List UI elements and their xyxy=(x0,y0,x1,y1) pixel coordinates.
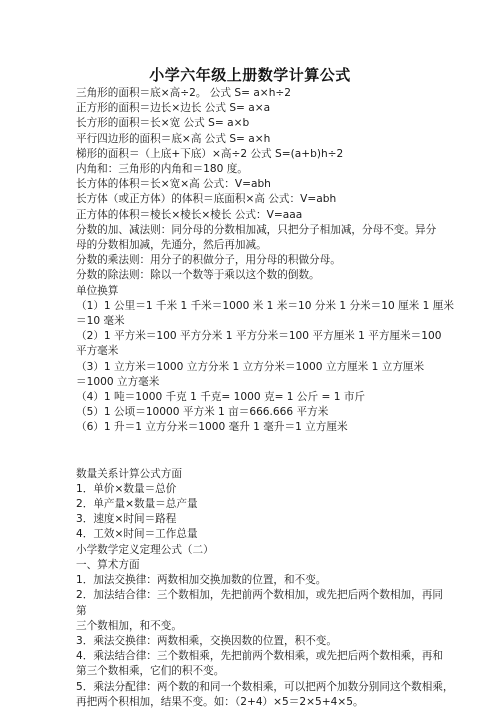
relation-distance: 3．速度×时间＝路程 xyxy=(76,512,471,527)
document-title: 小学六年级上册数学计算公式 xyxy=(0,64,500,85)
rule-fraction-multiply: 分数的乘法则：用分子的积做分子，用分母的积做分母。 xyxy=(76,253,471,268)
law-add-associative-cont2: 三个数相加，和不变。 xyxy=(76,619,471,634)
unit-capacity: （6）1 升＝1 立方分米＝1000 毫升 1 毫升＝1 立方厘米 xyxy=(76,420,471,435)
document-body: 三角形的面积＝底×高÷2。 公式 S= a×h÷2 正方形的面积＝边长×边长 公… xyxy=(76,86,471,708)
paragraph-gap xyxy=(76,436,471,467)
formula-rectangle-area: 长方形的面积＝长×宽 公式 S= a×b xyxy=(76,116,471,131)
relation-work-total: 4．工效×时间＝工作总量 xyxy=(76,527,471,542)
unit-area-cont: 平方毫米 xyxy=(76,344,471,359)
relation-total-output: 2．单产量×数量＝总产量 xyxy=(76,497,471,512)
law-distributive-cont: 再把两个积相加，结果不变。如：（2+4）×5＝2×5+4×5。 xyxy=(76,695,471,708)
unit-volume: （3）1 立方米＝1000 立方分米 1 立方分米＝1000 立方厘米 1 立方… xyxy=(76,360,471,375)
formula-cuboid-base-volume: 长方体（或正方体）的体积＝底面积×高 公式：V=abh xyxy=(76,192,471,207)
relation-total-price: 1．单价×数量＝总价 xyxy=(76,482,471,497)
formula-cube-volume: 正方体的体积＝棱长×棱长×棱长 公式：V=aaa xyxy=(76,208,471,223)
law-mul-associative: 4．乘法结合律：三个数相乘，先把前两个数相乘，或先把后两个数相乘，再和 xyxy=(76,649,471,664)
law-mul-commutative: 3．乘法交换律：两数相乘，交换因数的位置，积不变。 xyxy=(76,634,471,649)
section-definitions-two: 小学数学定义定理公式（二） xyxy=(76,543,471,558)
law-mul-associative-cont: 第三个数相乘，它们的积不变。 xyxy=(76,664,471,679)
formula-triangle-area: 三角形的面积＝底×高÷2。 公式 S= a×h÷2 xyxy=(76,86,471,101)
unit-land-area: （5）1 公顷＝10000 平方米 1 亩＝666.666 平方米 xyxy=(76,405,471,420)
law-add-commutative: 1．加法交换律：两数相加交换加数的位置，和不变。 xyxy=(76,573,471,588)
unit-volume-cont: ＝1000 立方毫米 xyxy=(76,375,471,390)
section-quantity-relations: 数量关系计算公式方面 xyxy=(76,467,471,482)
unit-length-cont: ＝10 毫米 xyxy=(76,314,471,329)
formula-interior-angle: 内角和：三角形的内角和＝180 度。 xyxy=(76,162,471,177)
unit-length: （1）1 公里＝1 千米 1 千米＝1000 米 1 米＝10 分米 1 分米＝… xyxy=(76,299,471,314)
section-unit-conversion: 单位换算 xyxy=(76,284,471,299)
formula-parallelogram-area: 平行四边形的面积＝底×高 公式 S= a×h xyxy=(76,132,471,147)
section-arithmetic: 一、算术方面 xyxy=(76,558,471,573)
law-distributive: 5．乘法分配律：两个数的和同一个数相乘，可以把两个加数分别同这个数相乘， xyxy=(76,680,471,695)
formula-square-area: 正方形的面积＝边长×边长 公式 S= a×a xyxy=(76,101,471,116)
document-page: 小学六年级上册数学计算公式 三角形的面积＝底×高÷2。 公式 S= a×h÷2 … xyxy=(0,0,500,708)
rule-fraction-add-sub: 分数的加、减法则：同分母的分数相加减，只把分子相加减，分母不变。异分 xyxy=(76,223,471,238)
unit-mass: （4）1 吨＝1000 千克 1 千克= 1000 克= 1 公斤 = 1 市斤 xyxy=(76,390,471,405)
rule-fraction-divide: 分数的除法则：除以一个数等于乘以这个数的倒数。 xyxy=(76,268,471,283)
formula-cuboid-volume: 长方体的体积＝长×宽×高 公式：V=abh xyxy=(76,177,471,192)
formula-trapezoid-area: 梯形的面积＝（上底+下底）×高÷2 公式 S=(a+b)h÷2 xyxy=(76,147,471,162)
rule-fraction-add-sub-cont: 母的分数相加减，先通分，然后再加减。 xyxy=(76,238,471,253)
law-add-associative-cont1: 第 xyxy=(76,604,471,619)
law-add-associative: 2．加法结合律：三个数相加，先把前两个数相加，或先把后两个数相加，再同 xyxy=(76,588,471,603)
unit-area: （2）1 平方米＝100 平方分米 1 平方分米＝100 平方厘米 1 平方厘米… xyxy=(76,329,471,344)
